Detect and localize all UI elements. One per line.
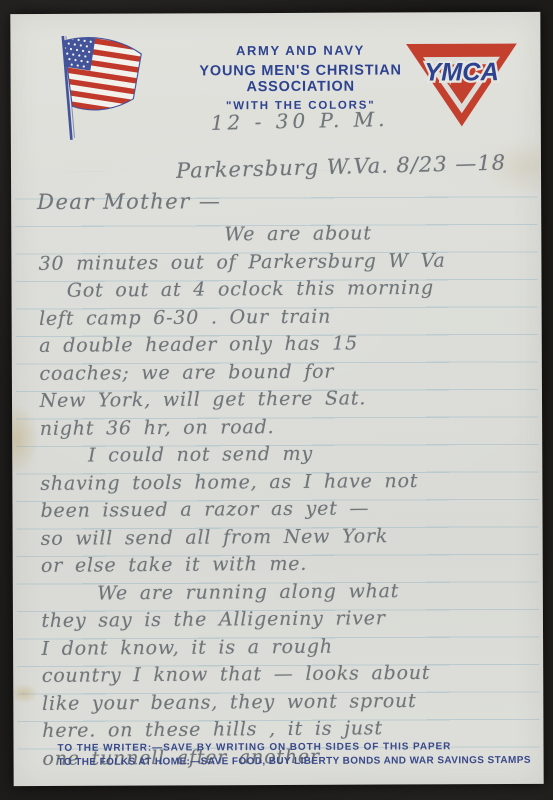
letter-line: We are about [224, 219, 530, 249]
letter-line: shaving tools home, as I have not [40, 467, 532, 498]
letter-line: coaches; we are bound for [39, 357, 531, 388]
letter-line: New York, will get there Sat. [40, 384, 532, 415]
footer-line-writer: TO THE WRITER:—SAVE BY WRITING ON BOTH S… [57, 741, 537, 754]
letter-line: Got out at 4 oclock this morning [67, 274, 531, 305]
salutation: Dear Mother — [37, 189, 221, 214]
letter-line: We are running along what [97, 577, 533, 608]
letter-line: a double header only has 15 [39, 329, 531, 360]
printed-footer: TO THE WRITER:—SAVE BY WRITING ON BOTH S… [57, 741, 537, 768]
letter-body: We are about 30 minutes out of Parkersbu… [38, 219, 534, 773]
letter-line: country I know that — looks about [42, 659, 534, 690]
footer-line-folks: TO THE FOLKS AT HOME:—SAVE FOOD, BUY LIB… [58, 755, 538, 768]
ymca-logo-text: YMCA [424, 58, 499, 86]
american-flag-icon [32, 32, 160, 145]
letter-line: I could not send my [88, 439, 532, 470]
ymca-logo-icon: YMCA [400, 36, 522, 131]
letter-line: night 36 hr, on road. [40, 412, 532, 443]
letter-line: been issued a razor as yet — [40, 494, 532, 525]
letter-line: so will send all from New York [41, 522, 533, 553]
letter-line: left camp 6-30 . Our train [39, 302, 531, 333]
dateline: Parkersburg W.Va. 8/23 —18 [176, 151, 507, 183]
letter-line: I dont know, it is a rough [42, 632, 534, 663]
letter-paper: ARMY AND NAVY YOUNG MEN'S CHRISTIAN ASSO… [10, 12, 543, 786]
time-note: 12 - 30 P. M. [211, 107, 389, 135]
letter-line: like your beans, they wont sprout [42, 687, 534, 718]
letter-line: they say is the Alligeniny river [41, 604, 533, 635]
letter-line: 30 minutes out of Parkersburg W Va [38, 247, 530, 278]
letter-line: or else take it with me. [41, 549, 533, 580]
